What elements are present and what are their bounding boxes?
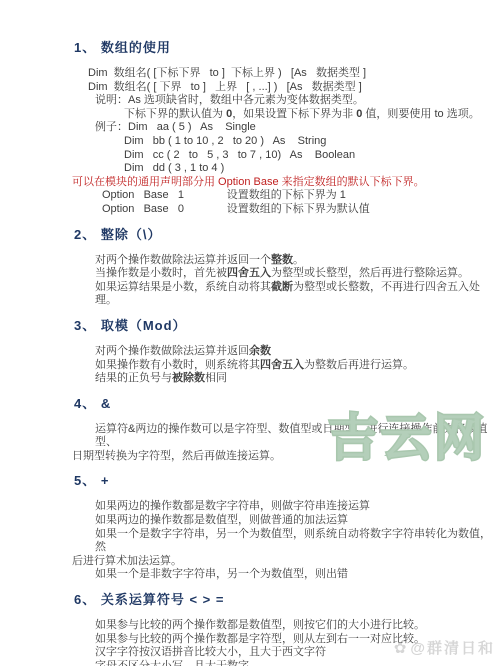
plain-text: 如果参与比较的两个操作数都是字符型，则从左到右一一对应比较。 xyxy=(95,633,425,645)
plain-text: 汉字字符按汉语拼音比较大小，且大于西文字符 xyxy=(95,646,326,658)
plain-text: 运算符&两边的操作数可以是字符型、数值型或日期型。进行连接操作前先将数值型、 xyxy=(95,423,487,449)
plain-text: 结果的正负号与 xyxy=(95,372,172,384)
text-line: 运算符&两边的操作数可以是字符型、数值型或日期型。进行连接操作前先将数值型、 xyxy=(95,423,500,450)
text-line: 如果参与比较的两个操作数都是字符型，则从左到右一一对应比较。 xyxy=(95,633,500,647)
section-heading: 4、 & xyxy=(74,396,500,412)
text-line: 如果运算结果是小数，系统自动将其截断为整型或长整数，不再进行四舍五入处理。 xyxy=(95,281,500,308)
plain-text: 对两个操作数做除法运算并返回 xyxy=(95,345,249,357)
plain-text: Dim cc ( 2 to 5 , 3 to 7 , 10) As Boolea… xyxy=(124,149,355,161)
bold-text: 被除数 xyxy=(172,372,205,384)
section-heading: 2、 整除（\） xyxy=(74,227,500,243)
text-line: Dim bb ( 1 to 10 , 2 to 20 ) As String xyxy=(124,135,500,149)
plain-text: 日期型转换为字符型，然后再做连接运算。 xyxy=(72,450,281,462)
plain-text: Dim bb ( 1 to 10 , 2 to 20 ) As String xyxy=(124,135,326,147)
plain-text: 如果两边的操作数都是数字字符串，则做字符串连接运算 xyxy=(95,500,370,512)
section-3: 3、 取模（Mod）对两个操作数做除法运算并返回余数如果操作数有小数时，则系统将… xyxy=(0,318,500,386)
text-line: Dim dd ( 3 , 1 to 4 ) xyxy=(124,162,500,176)
section-heading: 6、 关系运算符号 < > = xyxy=(74,592,500,608)
plain-text: Option Base 0 设置数组的下标下界为默认值 xyxy=(102,203,370,215)
text-line: 对两个操作数做除法运算并返回余数 xyxy=(95,345,500,359)
text-line: 对两个操作数做除法运算并返回一个整数。 xyxy=(95,254,500,268)
bold-text: 截断 xyxy=(271,281,293,293)
document-page: 1、 数组的使用Dim 数组名( [下标下界 to ] 下标上界 ) [As 数… xyxy=(0,0,500,666)
text-line: 下标下界的默认值为 0，如果设置下标下界为非 0 值，则要使用 to 选项。 xyxy=(124,108,500,122)
document-content: 1、 数组的使用Dim 数组名( [下标下界 to ] 下标上界 ) [As 数… xyxy=(0,40,500,666)
plain-text: 例子：Dim aa ( 5 ) As Single xyxy=(95,121,256,133)
plain-text: 为整数后再进行运算。 xyxy=(304,359,414,371)
bold-text: 四舍五入 xyxy=(260,359,304,371)
text-line: 例子：Dim aa ( 5 ) As Single xyxy=(95,121,500,135)
text-line: 如果一个是非数字字符串，另一个为数值型，则出错 xyxy=(95,568,500,582)
text-line: 结果的正负号与被除数相同 xyxy=(95,372,500,386)
text-line: 当操作数是小数时，首先被四舍五入为整型或长整型，然后再进行整除运算。 xyxy=(95,267,500,281)
plain-text: Dim 数组名( [ 下界 to ] 上界 [ , ...] ) [As 数据类… xyxy=(88,81,362,93)
text-line: 如果操作数有小数时，则系统将其四舍五入为整数后再进行运算。 xyxy=(95,359,500,373)
plain-text: 如果一个是非数字字符串，另一个为数值型，则出错 xyxy=(95,568,348,580)
text-line: Option Base 1 设置数组的下标下界为 1 xyxy=(102,189,500,203)
text-line: 汉字字符按汉语拼音比较大小，且大于西文字符 xyxy=(95,646,500,660)
section-1: 1、 数组的使用Dim 数组名( [下标下界 to ] 下标上界 ) [As 数… xyxy=(0,40,500,217)
plain-text: 如果一个是数字字符串，另一个为数值型，则系统自动将数字字符串转化为数值，然 xyxy=(95,528,491,554)
text-line: 后进行算术加法运算。 xyxy=(72,555,500,569)
text-line: 如果两边的操作数都是数值型，则做普通的加法运算 xyxy=(95,514,500,528)
section-5: 5、 +如果两边的操作数都是数字字符串，则做字符串连接运算如果两边的操作数都是数… xyxy=(0,473,500,582)
plain-text: 对两个操作数做除法运算并返回一个 xyxy=(95,254,271,266)
text-line: 日期型转换为字符型，然后再做连接运算。 xyxy=(72,450,500,464)
plain-text: 下标下界的默认值为 xyxy=(124,108,226,120)
section-6: 6、 关系运算符号 < > =如果参与比较的两个操作数都是数值型，则按它们的大小… xyxy=(0,592,500,666)
text-line: 如果参与比较的两个操作数都是数值型，则按它们的大小进行比较。 xyxy=(95,619,500,633)
plain-text: 字母不区分大小写，且大于数字 xyxy=(95,660,249,666)
text-line: Dim 数组名( [ 下界 to ] 上界 [ , ...] ) [As 数据类… xyxy=(88,81,500,95)
text-line: 字母不区分大小写，且大于数字 xyxy=(95,660,500,666)
plain-text: Dim 数组名( [下标下界 to ] 下标上界 ) [As 数据类型 ] xyxy=(88,67,366,79)
text-line: Option Base 0 设置数组的下标下界为默认值 xyxy=(102,203,500,217)
plain-text: ，如果设置下标下界为非 xyxy=(232,108,356,120)
plain-text: 后进行算术加法运算。 xyxy=(72,555,182,567)
bold-text: 余数 xyxy=(249,345,271,357)
plain-text: 相同 xyxy=(205,372,227,384)
plain-text: 。 xyxy=(293,254,304,266)
text-line: 可以在模块的通用声明部分用 Option Base 来指定数组的默认下标下界。 xyxy=(72,176,500,190)
section-4: 4、 &运算符&两边的操作数可以是字符型、数值型或日期型。进行连接操作前先将数值… xyxy=(0,396,500,464)
text-line: Dim 数组名( [下标下界 to ] 下标上界 ) [As 数据类型 ] xyxy=(88,67,500,81)
bold-text: 四舍五入 xyxy=(227,267,271,279)
text-line: 说明：As 选项缺省时，数组中各元素为变体数据类型。 xyxy=(95,94,500,108)
bold-text: 整数 xyxy=(271,254,293,266)
plain-text: 可以在模块的通用声明部分用 Option Base 来指定数组的默认下标下界。 xyxy=(72,176,425,188)
plain-text: 值，则要使用 to 选项。 xyxy=(362,108,479,120)
section-heading: 5、 + xyxy=(74,473,500,489)
plain-text: 说明：As 选项缺省时，数组中各元素为变体数据类型。 xyxy=(95,94,364,106)
text-line: 如果两边的操作数都是数字字符串，则做字符串连接运算 xyxy=(95,500,500,514)
section-2: 2、 整除（\）对两个操作数做除法运算并返回一个整数。当操作数是小数时，首先被四… xyxy=(0,227,500,308)
plain-text: Dim dd ( 3 , 1 to 4 ) xyxy=(124,162,224,174)
plain-text: 当操作数是小数时，首先被 xyxy=(95,267,227,279)
section-heading: 1、 数组的使用 xyxy=(74,40,500,56)
plain-text: 为整型或长整型，然后再进行整除运算。 xyxy=(271,267,469,279)
text-line: 如果一个是数字字符串，另一个为数值型，则系统自动将数字字符串转化为数值，然 xyxy=(95,528,500,555)
section-heading: 3、 取模（Mod） xyxy=(74,318,500,334)
plain-text: 如果两边的操作数都是数值型，则做普通的加法运算 xyxy=(95,514,348,526)
plain-text: 如果运算结果是小数，系统自动将其 xyxy=(95,281,271,293)
plain-text: 如果参与比较的两个操作数都是数值型，则按它们的大小进行比较。 xyxy=(95,619,425,631)
plain-text: Option Base 1 设置数组的下标下界为 1 xyxy=(102,189,346,201)
plain-text: 如果操作数有小数时，则系统将其 xyxy=(95,359,260,371)
text-line: Dim cc ( 2 to 5 , 3 to 7 , 10) As Boolea… xyxy=(124,149,500,163)
